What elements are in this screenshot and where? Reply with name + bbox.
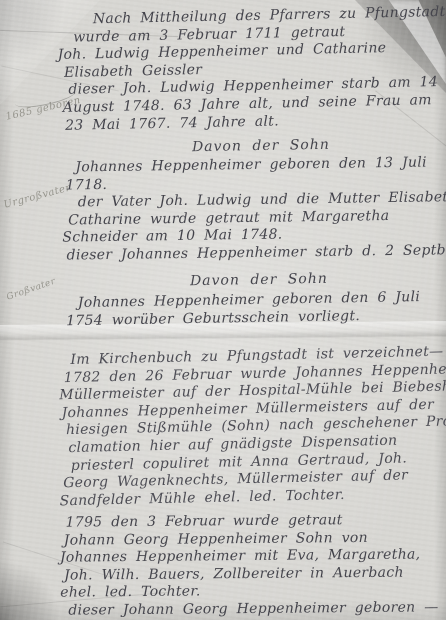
paragraph-son-johannes-1754: Johannes Heppenheimer geboren den 6 Juli… (58, 289, 441, 331)
scanned-manuscript-page: 1685 geboren Urgroßvater Großvater Nach … (0, 0, 446, 620)
paragraph-marriage-1795: 1795 den 3 Februar wurde getraut Johann … (58, 511, 441, 620)
paragraph-church-record-1782: Im Kirchenbuch zu Pfungstadt ist verzeic… (56, 344, 441, 511)
section-header-son: Davon der Sohn (190, 271, 328, 289)
paragraph-marriage-1711: Nach Mittheilung des Pfarrers zu Pfungst… (57, 4, 441, 135)
section-header-son: Davon der Sohn (192, 137, 330, 155)
margin-note-grandfather: Großvater (5, 277, 57, 303)
handwritten-line: dieser Johann Georg Heppenheimer geboren… (68, 599, 440, 620)
paragraph-son-johannes-1718: Johannes Heppenheimer geboren den 13 Jul… (57, 154, 440, 265)
